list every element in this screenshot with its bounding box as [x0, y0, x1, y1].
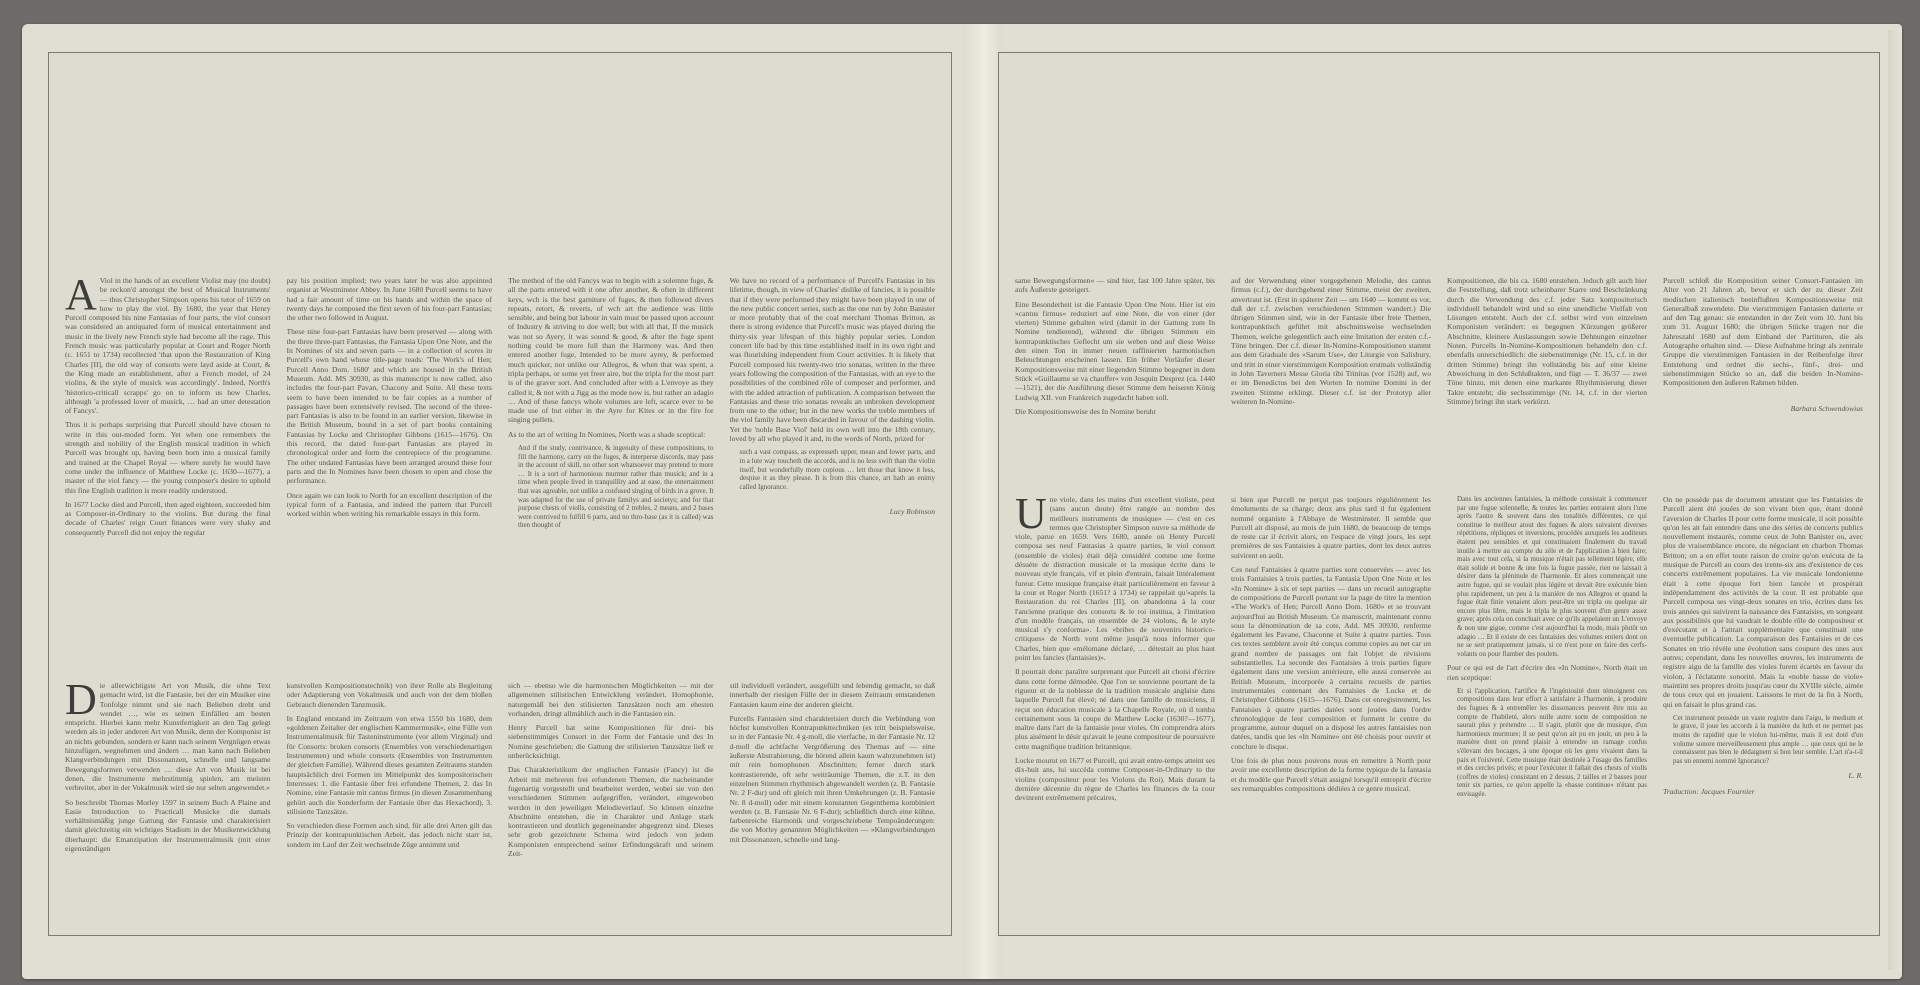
- paragraph: As to the art of writing In Nomines, Nor…: [508, 430, 714, 439]
- drop-cap: A: [65, 277, 97, 313]
- paragraph: These nine four-part Fantasias have been…: [287, 327, 493, 485]
- author-signature: Barbara Schwendowius: [1663, 404, 1863, 413]
- paragraph: si bien que Purcell ne perçut pas toujou…: [1231, 495, 1431, 560]
- paragraph: Die Kompositionsweise des In Nomine beru…: [1015, 407, 1215, 416]
- paragraph: On ne possède pas de document attestant …: [1663, 495, 1863, 709]
- paragraph: kunstvollen Kompositionstechnik) von ihr…: [287, 681, 493, 709]
- paragraph: In 1677 Locke died and Purcell, then age…: [65, 500, 271, 537]
- german-col-8: Purcell schloß die Komposition seiner Co…: [1663, 276, 1863, 451]
- block-quote: Dans les anciennes fantaisies, la méthod…: [1457, 495, 1647, 658]
- english-col-4: We have no record of a performance of Pu…: [730, 276, 936, 596]
- author-signature: L. R.: [1663, 771, 1863, 780]
- paragraph: So verschieden diese Formen auch sind, f…: [287, 821, 493, 849]
- paragraph: Purcells Fantasien sind charakterisiert …: [730, 714, 936, 844]
- left-panel-frame: ‘ A Viol in the hands of an excellent Vi…: [48, 52, 952, 936]
- french-col-1: « U ne viole, dans les mains d'un excell…: [1015, 495, 1215, 925]
- paragraph: Ces neuf Fantaisies à quatre parties son…: [1231, 565, 1431, 751]
- paragraph: Il pourrait donc paraître surprenant que…: [1015, 667, 1215, 751]
- german-col-4: stil individuell verändert, ausgefüllt u…: [730, 681, 936, 926]
- german-notes-continued: same Bewegungsformen« — sind hier, fast …: [1015, 276, 1863, 451]
- paragraph: Pour ce qui est de l'art d'écrire des «I…: [1447, 663, 1647, 682]
- paragraph: sich — ebenso wie die harmonischen Mögli…: [508, 681, 714, 718]
- paragraph: Henry Purcell hat seine Kompositionen fü…: [508, 723, 714, 760]
- paragraph: We have no record of a performance of Pu…: [730, 276, 936, 443]
- author-signature: Lucy Robinson: [730, 507, 936, 516]
- lp-gatefold-sleeve: ‘ A Viol in the hands of an excellent Vi…: [22, 24, 1902, 979]
- german-notes: » D ie allerwichtigste Art von Musik, di…: [65, 681, 935, 926]
- french-notes: « U ne viole, dans les mains d'un excell…: [1015, 495, 1863, 925]
- paragraph: stil individuell verändert, ausgefüllt u…: [730, 681, 936, 709]
- german-col-7: Kompositionen, die bis ca. 1680 entstehe…: [1447, 276, 1647, 451]
- paragraph: So beschreibt Thomas Morley 1597 in sein…: [65, 798, 271, 854]
- paragraph: Thus it is perhaps surprising that Purce…: [65, 420, 271, 494]
- paragraph: pay his position implied; two years late…: [287, 276, 493, 322]
- sleeve-spine: [962, 24, 1002, 979]
- german-col-5: same Bewegungsformen« — sind hier, fast …: [1015, 276, 1215, 451]
- german-col-1: » D ie allerwichtigste Art von Musik, di…: [65, 681, 271, 926]
- block-quote: such a vast compass, as expresseth upper…: [740, 448, 936, 491]
- paragraph: The method of the old Fancys was to begi…: [508, 276, 714, 425]
- paragraph: Kompositionen, die bis ca. 1680 entstehe…: [1447, 276, 1647, 406]
- sleeve-edge: [1888, 30, 1902, 970]
- paragraph: Une fois de plus nous pouvons nous en re…: [1231, 756, 1431, 793]
- english-col-3: The method of the old Fancys was to begi…: [508, 276, 714, 596]
- german-col-3: sich — ebenso wie die harmonischen Mögli…: [508, 681, 714, 926]
- translator-credit: Traduction: Jacques Fournier: [1663, 787, 1863, 796]
- right-panel-frame: same Bewegungsformen« — sind hier, fast …: [998, 52, 1880, 936]
- paragraph: Locke mourut en 1677 et Purcell, qui ava…: [1015, 756, 1215, 802]
- paragraph: Das Charakteristikum der englischen Fant…: [508, 765, 714, 858]
- block-quote: Et si l'application, l'artifice & l'ingé…: [1457, 687, 1647, 799]
- drop-cap: U: [1015, 496, 1047, 532]
- paragraph: In England entstand im Zeitraum von etwa…: [287, 714, 493, 816]
- paragraph: auf der Verwendung einer vorgegebenen Me…: [1231, 276, 1431, 406]
- paragraph: same Bewegungsformen« — sind hier, fast …: [1015, 276, 1215, 295]
- french-col-3: Dans les anciennes fantaisies, la méthod…: [1447, 495, 1647, 925]
- paragraph: Once again we can look to North for an e…: [287, 491, 493, 519]
- english-notes: ‘ A Viol in the hands of an excellent Vi…: [65, 276, 935, 596]
- paragraph: Purcell schloß die Komposition seiner Co…: [1663, 276, 1863, 388]
- german-col-2: kunstvollen Kompositionstechnik) von ihr…: [287, 681, 493, 926]
- german-col-6: auf der Verwendung einer vorgegebenen Me…: [1231, 276, 1431, 451]
- block-quote: Cet instrument possède un vaste registre…: [1673, 714, 1863, 766]
- block-quote: And if the study, contrivance, & ingenui…: [518, 444, 714, 530]
- french-col-4: On ne possède pas de document attestant …: [1663, 495, 1863, 925]
- drop-cap: D: [65, 682, 97, 718]
- french-col-2: si bien que Purcell ne perçut pas toujou…: [1231, 495, 1431, 925]
- english-col-2: pay his position implied; two years late…: [287, 276, 493, 596]
- english-col-1: ‘ A Viol in the hands of an excellent Vi…: [65, 276, 271, 596]
- paragraph: Eine Besonderheit ist die Fantasie Upon …: [1015, 300, 1215, 402]
